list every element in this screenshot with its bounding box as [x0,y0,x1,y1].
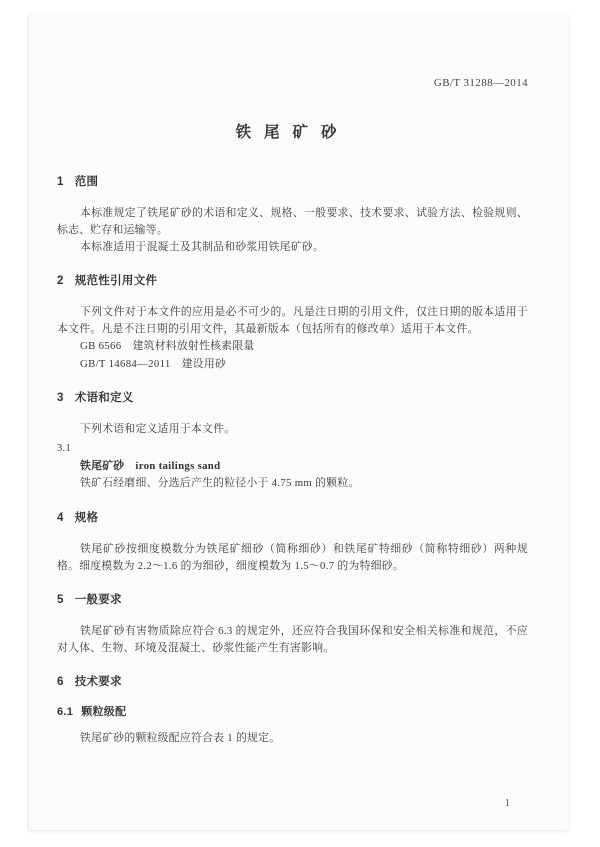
section-1-title: 范围 [75,176,99,188]
section-4-number: 4 [57,511,64,526]
section-1-number: 1 [57,175,64,190]
term-chinese: 铁尾矿砂 [80,460,124,472]
document-page: GB/T 31288—2014 铁尾矿砂 1范围 本标准规定了铁尾矿砂的术语和定… [29,15,568,830]
section-6-title: 技术要求 [75,676,122,688]
section-4-paragraph-1: 铁尾矿砂按细度模数分为铁尾矿细砂（简称细砂）和铁尾矿特细砂（简称特细砂）两种规格… [57,541,528,575]
section-1-paragraph-1: 本标准规定了铁尾矿砂的术语和定义、规格、一般要求、技术要求、试验方法、检验规则、… [57,205,528,239]
section-6-1-title: 颗粒级配 [81,706,126,718]
page-number: 1 [505,798,510,809]
section-5-title: 一般要求 [75,594,122,606]
section-3-heading: 3术语和定义 [57,391,528,406]
term-item-number: 3.1 [57,440,528,458]
section-6-1-heading: 6.1颗粒级配 [57,705,528,720]
section-3-title: 术语和定义 [75,392,134,404]
section-6-paragraph-1: 铁尾矿砂的颗粒级配应符合表 1 的规定。 [57,730,528,747]
term-line: 铁尾矿砂iron tailings sand [57,458,528,476]
section-6-number: 6 [57,675,64,690]
term-definition: 铁矿石经磨细、分选后产生的粒径小于 4.75 mm 的颗粒。 [57,475,528,493]
section-4-title: 规格 [75,512,99,524]
section-2-heading: 2规范性引用文件 [57,274,528,289]
standard-code: GB/T 31288—2014 [57,77,528,89]
section-2-paragraph-1: 下列文件对于本文件的应用是必不可少的。凡是注日期的引用文件，仅注日期的版本适用于… [57,304,528,338]
section-5-heading: 5一般要求 [57,593,528,608]
normative-reference-1: GB 6566 建筑材料放射性核素限量 [57,338,528,356]
section-5-number: 5 [57,593,64,608]
section-3-intro: 下列术语和定义适用于本文件。 [57,421,528,438]
section-6-1-number: 6.1 [57,705,73,720]
section-2-title: 规范性引用文件 [75,275,158,287]
section-6-heading: 6技术要求 [57,675,528,690]
term-english: iron tailings sand [135,460,220,472]
section-4-heading: 4规格 [57,511,528,526]
normative-reference-2: GB/T 14684—2011 建设用砂 [57,356,528,374]
document-title: 铁尾矿砂 [57,125,528,141]
section-1-heading: 1范围 [57,175,528,190]
section-3-number: 3 [57,391,64,406]
section-5-paragraph-1: 铁尾矿砂有害物质除应符合 6.3 的规定外，还应符合我国环保和安全相关标准和规范… [57,623,528,657]
section-2-number: 2 [57,274,64,289]
section-1-paragraph-2: 本标准适用于混凝土及其制品和砂浆用铁尾矿砂。 [57,239,528,256]
